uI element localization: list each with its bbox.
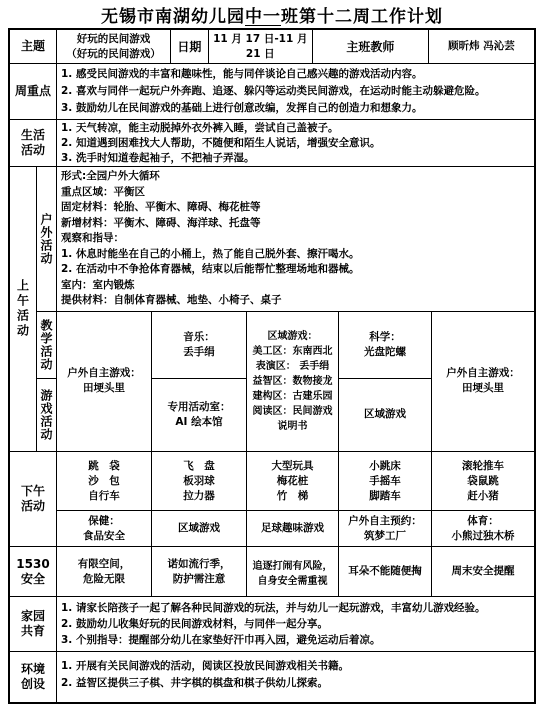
teacher-label: 主班教师 [346, 38, 394, 55]
activity-line: 体育： [467, 514, 499, 529]
title-pre: 无锡市南湖幼儿园 [101, 7, 245, 27]
afternoon-equipment-row: 跳 袋 沙 包 自行车 飞 盘 板羽球 拉力器 大型玩具 梅花桩 竹 梯 小跳床… [57, 452, 534, 511]
activity-cell: 区域游戏 [152, 511, 247, 546]
environment-content: 1. 开展有关民间游戏的活动，阅读区投放民间游戏相关书籍。 2. 益智区提供三子… [57, 652, 534, 702]
morning-content: 户外活动 形式:全园户外大循环 重点区域：平衡区 固定材料：轮胎、平衡木、障碍、… [37, 167, 534, 451]
safety-label-cell: 1530 安全 [10, 547, 57, 596]
area-games-line: 阅读区：民间游戏 [253, 404, 333, 419]
equipment-item: 跳 袋 [88, 459, 120, 474]
outdoor-row: 户外活动 形式:全园户外大循环 重点区域：平衡区 固定材料：轮胎、平衡木、障碍、… [37, 167, 534, 312]
page-title: 无锡市南湖幼儿园中一班第十二周工作计划 [0, 2, 544, 27]
equipment-item: 沙 包 [88, 474, 120, 489]
theme-value-line1: 好玩的民间游戏 [77, 32, 151, 47]
music-line1: 音乐： [183, 330, 215, 345]
equipment-item: 大型玩具 [272, 459, 314, 474]
week-focus-row: 周重点 1. 感受民间游戏的丰富和趣味性，能与同伴谈论自己感兴趣的游戏活动内容。… [10, 64, 534, 120]
area-game-bottom: 区域游戏 [364, 407, 406, 422]
equipment-item: 飞 盘 [183, 459, 215, 474]
area-games-cell: 区域游戏： 美工区：东南西北 表演区： 丢手绢 益智区：数物接龙 建构区：古建乐… [247, 312, 339, 452]
outdoor-line: 新增材料：平衡木、障碍、海洋球、托盘等 [61, 216, 530, 232]
life-item: 3. 洗手时知道卷起袖子，不把袖子弄湿。 [61, 151, 530, 166]
home-item: 1. 请家长陪孩子一起了解各种民间游戏的玩法，并与幼儿一起玩游戏，丰富幼儿游戏经… [61, 600, 530, 616]
safety-cell: 周末安全提醒 [432, 547, 534, 596]
equipment-item: 滚轮推车 [462, 459, 504, 474]
week-focus-label: 周重点 [15, 84, 51, 99]
equipment-cell: 滚轮推车 袋鼠跳 赶小猪 [432, 452, 534, 510]
life-item: 1. 天气转凉，能主动脱掉外衣外裤入睡，尝试自己盖被子。 [61, 121, 530, 136]
safety-label-line2: 安全 [21, 572, 45, 587]
special-room-line2: AI 绘本馆 [175, 415, 222, 430]
activity-cell: 户外自主预约： 筑梦工厂 [339, 511, 432, 546]
safety-cell: 追逐打闹有风险， 自身安全需重视 [247, 547, 339, 596]
teacher-names: 顾昕炜 冯沁芸 [448, 39, 515, 54]
equipment-cell: 跳 袋 沙 包 自行车 [57, 452, 152, 510]
afternoon-content: 跳 袋 沙 包 自行车 飞 盘 板羽球 拉力器 大型玩具 梅花桩 竹 梯 小跳床… [57, 452, 534, 546]
afternoon-band: 下午 活动 跳 袋 沙 包 自行车 飞 盘 板羽球 拉力器 大型玩具 梅花桩 竹… [10, 452, 534, 547]
header-row: 主题 好玩的民间游戏 （好玩的民间游戏） 日期 11 月 17 日-11 月 2… [10, 30, 534, 64]
environment-item: 2. 益智区提供三子棋、井字棋的棋盘和棋子供幼儿探索。 [61, 675, 530, 692]
safety-line: 有限空间， [78, 557, 131, 572]
safety-line: 周末安全提醒 [452, 564, 515, 579]
theme-value-cell: 好玩的民间游戏 （好玩的民间游戏） [57, 30, 171, 63]
week-focus-label-cell: 周重点 [10, 64, 57, 119]
area-games-line: 益智区：数物接龙 [253, 374, 333, 389]
science-line1: 科学： [369, 330, 401, 345]
teacher-names-cell: 顾昕炜 冯沁芸 [429, 30, 534, 63]
week-focus-content: 1. 感受民间游戏的丰富和趣味性，能与同伴谈论自己感兴趣的游戏活动内容。 2. … [57, 64, 534, 119]
safety-cell: 有限空间， 危险无限 [57, 547, 152, 596]
afternoon-label-line2: 活动 [21, 499, 45, 514]
morning-label-cell: 上午活动 [10, 167, 37, 451]
outdoor-label-cell: 户外活动 [37, 167, 57, 311]
environment-row: 环境 创设 1. 开展有关民间游戏的活动，阅读区投放民间游戏相关书籍。 2. 益… [10, 652, 534, 702]
theme-label-cell: 主题 [10, 30, 57, 63]
safety-line: 耳朵不能随便掏 [348, 564, 422, 579]
teaching-label: 教学活动 [38, 319, 55, 371]
activity-cell: 足球趣味游戏 [247, 511, 339, 546]
outdoor-free-left-line1: 户外自主游戏： [67, 366, 141, 381]
title-post: 班第十二周工作计划 [281, 7, 443, 27]
science-cell: 科学： 光盘陀螺 [339, 312, 431, 379]
week-focus-item: 1. 感受民间游戏的丰富和趣味性，能与同伴谈论自己感兴趣的游戏活动内容。 [61, 66, 530, 83]
outdoor-line: 观察和指导： [61, 231, 530, 247]
science-area-col: 科学： 光盘陀螺 区域游戏 [339, 312, 432, 452]
safety-label-line1: 1530 [16, 557, 49, 572]
activity-cell: 保健： 食品安全 [57, 511, 152, 546]
area-games-line: 说明书 [278, 419, 308, 434]
afternoon-label-cell: 下午 活动 [10, 452, 57, 546]
equipment-item: 脚踏车 [369, 489, 401, 504]
outdoor-free-left-line2: 田埂头里 [83, 381, 125, 396]
plan-table: 主题 好玩的民间游戏 （好玩的民间游戏） 日期 11 月 17 日-11 月 2… [8, 28, 536, 704]
outdoor-free-right-cell: 户外自主游戏： 田埂头里 [432, 312, 534, 452]
area-games-line: 美工区：东南西北 [253, 344, 333, 359]
equipment-item: 袋鼠跳 [467, 474, 499, 489]
safety-line: 诺如流行季， [168, 557, 231, 572]
science-line2: 光盘陀螺 [364, 345, 406, 360]
safety-cell: 耳朵不能随便掏 [339, 547, 432, 596]
outdoor-line: 形式:全园户外大循环 [61, 169, 530, 185]
activity-line: 区域游戏 [178, 521, 220, 536]
safety-line: 追逐打闹有风险， [253, 557, 333, 572]
home-label-cell: 家园 共育 [10, 597, 57, 651]
special-room-cell: 专用活动室： AI 绘本馆 [152, 379, 246, 452]
morning-band: 上午活动 户外活动 形式:全园户外大循环 重点区域：平衡区 固定材料：轮胎、平衡… [10, 167, 534, 452]
week-focus-item: 3. 鼓励幼儿在民间游戏的基础上进行创意改编，发挥自己的创造力和想象力。 [61, 100, 530, 117]
outdoor-line: 室内：室内锻炼 [61, 278, 530, 294]
teacher-label-cell: 主班教师 [313, 30, 429, 63]
equipment-cell: 大型玩具 梅花桩 竹 梯 [247, 452, 339, 510]
life-row: 生活 活动 1. 天气转凉，能主动脱掉外衣外裤入睡，尝试自己盖被子。 2. 知道… [10, 120, 534, 167]
equipment-item: 手摇车 [369, 474, 401, 489]
safety-cell: 诺如流行季， 防护需注意 [152, 547, 247, 596]
equipment-item: 自行车 [88, 489, 120, 504]
activity-cell: 体育： 小熊过独木桥 [432, 511, 534, 546]
outdoor-line: 1. 休息时能坐在自己的小桶上，热了能自己脱外套、擦汗喝水。 [61, 247, 530, 263]
date-label-cell: 日期 [171, 30, 209, 63]
outdoor-line: 固定材料：轮胎、平衡木、障碍、梅花桩等 [61, 200, 530, 216]
afternoon-label-line1: 下午 [21, 484, 45, 499]
date-value: 11 月 17 日-11 月 21 日 [209, 32, 312, 62]
activity-line: 保健： [88, 514, 120, 529]
area-game-bottom-cell: 区域游戏 [339, 379, 431, 452]
home-label-line1: 家园 [21, 609, 45, 624]
outdoor-line: 提供材料：自制体育器械、地垫、小椅子、桌子 [61, 293, 530, 309]
environment-label-line1: 环境 [21, 662, 45, 677]
activity-line: 筑梦工厂 [364, 529, 406, 544]
equipment-item: 小跳床 [369, 459, 401, 474]
life-label-cell: 生活 活动 [10, 120, 57, 166]
activity-line: 食品安全 [83, 529, 125, 544]
environment-label-cell: 环境 创设 [10, 652, 57, 702]
equipment-item: 竹 梯 [277, 489, 309, 504]
equipment-item: 拉力器 [183, 489, 215, 504]
date-value-cell: 11 月 17 日-11 月 21 日 [209, 30, 313, 63]
safety-line: 防护需注意 [173, 572, 226, 587]
week-focus-item: 2. 喜欢与同伴一起玩户外奔跑、追逐、躲闪等运动类民间游戏，在运动时能主动躲避危… [61, 83, 530, 100]
area-games-line: 区域游戏： [268, 329, 318, 344]
play-label: 游戏活动 [38, 389, 55, 441]
outdoor-content: 形式:全园户外大循环 重点区域：平衡区 固定材料：轮胎、平衡木、障碍、梅花桩等 … [57, 167, 534, 311]
safety-line: 自身安全需重视 [258, 572, 328, 587]
outdoor-free-left-cell: 户外自主游戏： 田埂头里 [57, 312, 152, 452]
theme-label: 主题 [21, 39, 45, 54]
equipment-cell: 小跳床 手摇车 脚踏车 [339, 452, 432, 510]
life-item: 2. 知道遇到困难找大人帮助，不随便和陌生人说话，增强安全意识。 [61, 136, 530, 151]
equipment-item: 梅花桩 [277, 474, 309, 489]
home-content: 1. 请家长陪孩子一起了解各种民间游戏的玩法，并与幼儿一起玩游戏，丰富幼儿游戏经… [57, 597, 534, 651]
music-special-col: 音乐： 丢手绢 专用活动室： AI 绘本馆 [152, 312, 247, 452]
activity-line: 户外自主预约： [348, 514, 422, 529]
music-line2: 丢手绢 [183, 345, 215, 360]
date-label: 日期 [177, 38, 201, 55]
life-label-line1: 生活 [21, 128, 45, 143]
home-item: 2. 鼓励幼儿收集好玩的民间游戏材料，与同伴一起分享。 [61, 616, 530, 632]
area-games-line: 建构区：古建乐园 [253, 389, 333, 404]
outdoor-free-right-line1: 户外自主游戏： [446, 366, 520, 381]
teaching-play-labels: 教学活动 游戏活动 [37, 312, 57, 452]
home-item: 3. 个别指导：提醒部分幼儿在家垫好汗巾再入园，避免运动后着凉。 [61, 632, 530, 648]
home-label-line2: 共育 [21, 624, 45, 639]
equipment-item: 板羽球 [183, 474, 215, 489]
teaching-label-cell: 教学活动 [37, 312, 56, 379]
environment-label-line2: 创设 [21, 677, 45, 692]
safety-row: 1530 安全 有限空间， 危险无限 诺如流行季， 防护需注意 追逐打闹有风险，… [10, 547, 534, 597]
special-room-line1: 专用活动室： [168, 400, 231, 415]
title-underlined-class: 中一 [245, 7, 281, 27]
environment-item: 1. 开展有关民间游戏的活动，阅读区投放民间游戏相关书籍。 [61, 658, 530, 675]
music-cell: 音乐： 丢手绢 [152, 312, 246, 379]
activity-line: 小熊过独木桥 [452, 529, 515, 544]
home-row: 家园 共育 1. 请家长陪孩子一起了解各种民间游戏的玩法，并与幼儿一起玩游戏，丰… [10, 597, 534, 652]
safety-line: 危险无限 [83, 572, 125, 587]
life-content: 1. 天气转凉，能主动脱掉外衣外裤入睡，尝试自己盖被子。 2. 知道遇到困难找大… [57, 120, 534, 166]
outdoor-line: 2. 在活动中不争抢体育器械，结束以后能帮忙整理场地和器械。 [61, 262, 530, 278]
outdoor-free-right-line2: 田埂头里 [462, 381, 504, 396]
activity-line: 足球趣味游戏 [261, 521, 324, 536]
equipment-cell: 飞 盘 板羽球 拉力器 [152, 452, 247, 510]
theme-value-line2: （好玩的民间游戏） [66, 47, 161, 62]
outdoor-line: 重点区域：平衡区 [61, 185, 530, 201]
life-label-line2: 活动 [21, 143, 45, 158]
play-label-cell: 游戏活动 [37, 379, 56, 452]
area-games-line: 表演区： 丢手绢 [256, 359, 329, 374]
outdoor-label: 户外活动 [38, 213, 55, 265]
equipment-item: 赶小猪 [467, 489, 499, 504]
afternoon-activities-row: 保健： 食品安全 区域游戏 足球趣味游戏 户外自主预约： 筑梦工厂 体育： 小熊… [57, 511, 534, 546]
morning-label: 上午活动 [15, 279, 32, 339]
teaching-play-row: 教学活动 游戏活动 户外自主游戏： 田埂头里 音乐： 丢手绢 专用活动室： AI… [37, 312, 534, 452]
